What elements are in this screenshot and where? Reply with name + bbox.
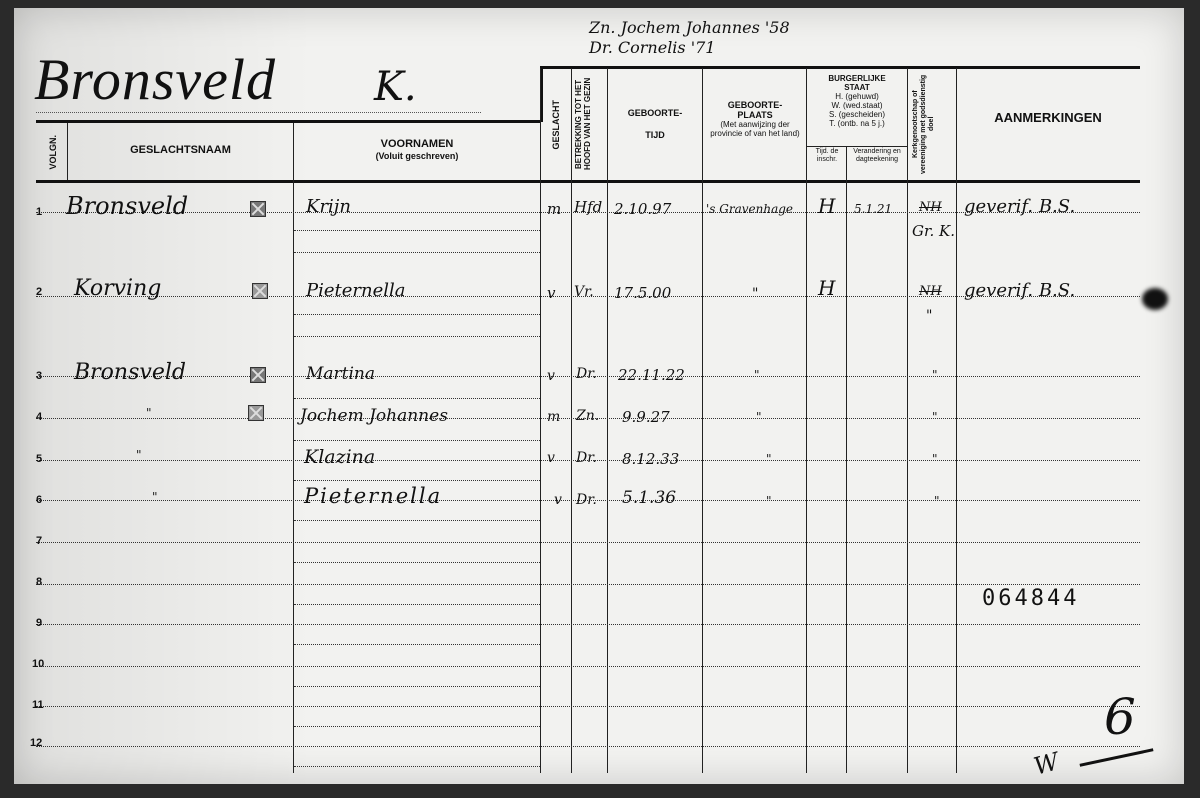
row-3-surname: Bronsveld (74, 360, 186, 385)
family-name-heading: Bronsveld (34, 46, 276, 113)
row-4-firstnames: Jochem Johannes (300, 406, 448, 426)
firstname-sub-rule (294, 766, 540, 767)
col-header-burgerlijke-staat: BURGERLIJKE STAAT H. (gehuwd) W. (wed.st… (807, 74, 907, 128)
col-header-betrekking: BETREKKING TOT HET HOOFD VAN HET GEZIN (572, 70, 606, 178)
row-1-church: NH (919, 200, 942, 215)
col-header-bs-tijd: Tijd. de inschr. (808, 148, 846, 164)
firstname-sub-rule (294, 644, 540, 645)
row-2-remarks: geverif. B.S. (964, 280, 1075, 301)
col-header-geslacht: GESLACHT (542, 72, 570, 177)
col-rule-church (956, 68, 957, 773)
archive-number-stamp: 064844 (982, 586, 1079, 611)
col-rule-relation (607, 68, 608, 773)
row-3-birthdate: 22.11.22 (618, 366, 685, 384)
row-3-birthplace: " (754, 368, 760, 382)
row-rule (36, 746, 1140, 747)
col-rule-birthplace (806, 68, 807, 773)
row-3-relation: Dr. (576, 366, 597, 382)
row-1-sex: m (547, 200, 561, 218)
row-1-status-date: 5.1.21 (854, 202, 892, 216)
firstname-sub-rule (294, 440, 540, 441)
checkbox-stamp-icon (250, 201, 266, 217)
row-number: 5 (36, 453, 42, 465)
row-2-relation: Vr. (574, 284, 594, 300)
row-1-remarks: geverif. B.S. (964, 196, 1075, 217)
row-number: 6 (36, 494, 42, 506)
row-rule (36, 666, 1140, 667)
row-5-birthdate: 8.12.33 (622, 450, 679, 468)
firstname-sub-rule (294, 562, 540, 563)
ink-blot (1142, 288, 1168, 310)
row-number: 2 (36, 286, 42, 298)
row-2-civil-status: H (818, 276, 835, 300)
row-3-firstnames: Martina (306, 364, 375, 384)
header-bottom-rule (36, 180, 1140, 183)
row-1-birthdate: 2.10.97 (614, 200, 671, 218)
checkbox-stamp-icon (252, 283, 268, 299)
bs-sub-rule (807, 146, 907, 147)
firstname-sub-rule (294, 314, 540, 315)
col-header-aanmerkingen: AANMERKINGEN (958, 110, 1138, 125)
row-2-birthplace: " (752, 286, 758, 302)
firstname-sub-rule (294, 398, 540, 399)
header-top-rule-left (36, 120, 541, 123)
row-4-sex: m (547, 409, 560, 425)
row-5-church: " (932, 452, 938, 466)
heading-underline (36, 112, 481, 113)
row-5-sex: v (547, 450, 555, 466)
row-1-surname: Bronsveld (66, 192, 188, 220)
row-4-birthdate: 9.9.27 (622, 408, 670, 426)
firstname-sub-rule (294, 520, 540, 521)
firstname-sub-rule (294, 726, 540, 727)
row-rule (36, 624, 1140, 625)
row-4-relation: Zn. (576, 408, 599, 424)
firstname-sub-rule (294, 230, 540, 231)
persoonskaart-card: Bronsveld K. Zn. Jochem Johannes '58 Dr.… (14, 8, 1184, 784)
firstname-sub-rule (294, 336, 540, 337)
row-6-church: " (934, 494, 940, 508)
row-4-church: " (932, 410, 938, 424)
row-2-sex: v (547, 284, 555, 302)
row-3-church: " (932, 368, 938, 382)
row-2-church: NH (919, 284, 942, 299)
col-header-kerkgenootschap: Kerkgenootschap of vereeniging met godsd… (908, 70, 956, 178)
checkbox-stamp-icon (250, 367, 266, 383)
row-number: 9 (36, 617, 42, 629)
col-header-voornamen: VOORNAMEN (Voluit geschreven) (294, 138, 540, 162)
row-2-firstnames: Pieternella (306, 280, 406, 301)
side-note-line-1: Zn. Jochem Johannes '58 (589, 18, 790, 38)
side-note-line-2: Dr. Cornelis '71 (589, 38, 790, 58)
row-number: 8 (36, 576, 42, 588)
initials-mark: W (1031, 747, 1062, 780)
row-6-relation: Dr. (576, 492, 597, 508)
row-number: 11 (32, 699, 44, 711)
row-2-surname: Korving (74, 276, 161, 301)
col-header-geboortetijd: GEBOORTE- TIJD (608, 108, 702, 140)
row-6-sex: v (554, 492, 562, 508)
row-1-civil-status: H (818, 194, 835, 218)
row-1-birthplace: 's Gravenhage (706, 202, 793, 216)
row-2-birthdate: 17.5.00 (614, 284, 671, 302)
row-4-birthplace: " (756, 410, 762, 424)
col-rule-firstnames (540, 68, 541, 773)
row-number: 3 (36, 370, 42, 382)
checkbox-stamp-icon (248, 405, 264, 421)
page-number: 6 (1104, 688, 1136, 746)
row-2-extra-note: " (926, 308, 932, 324)
side-note: Zn. Jochem Johannes '58 Dr. Cornelis '71 (589, 18, 790, 58)
row-number: 12 (30, 737, 42, 749)
firstname-sub-rule (294, 604, 540, 605)
col-header-bs-verandering: Verandering en dagteekening (848, 148, 906, 164)
row-6-birthdate: 5.1.36 (622, 488, 676, 508)
col-header-volgn: VOLGN. (40, 126, 66, 178)
row-1-relation: Hfd (574, 198, 602, 216)
firstname-sub-rule (294, 252, 540, 253)
col-header-geslachtsnaam: GESLACHTSNAAM (68, 144, 293, 156)
row-6-surname: " (152, 490, 158, 504)
row-number: 4 (36, 411, 42, 423)
row-number: 10 (32, 658, 44, 670)
row-rule (36, 706, 1140, 707)
row-3-sex: v (547, 368, 555, 384)
row-rule (36, 584, 1140, 585)
row-number: 1 (36, 206, 42, 218)
row-6-birthplace: " (766, 494, 772, 508)
row-4-surname: " (146, 406, 152, 420)
row-number: 7 (36, 535, 42, 547)
col-rule-surname (293, 123, 294, 773)
header-top-rule-right (540, 66, 1140, 69)
row-6-firstnames: Pieternella (304, 484, 442, 508)
row-5-surname: " (136, 448, 142, 462)
row-1-firstnames: Krijn (306, 196, 351, 217)
col-rule-birthdate (702, 68, 703, 773)
row-5-firstnames: Klazina (304, 446, 375, 468)
firstname-sub-rule (294, 686, 540, 687)
row-5-birthplace: " (766, 452, 772, 466)
col-header-geboorteplaats: GEBOORTE- PLAATS (Met aanwijzing der pro… (704, 100, 806, 138)
head-initial: K. (374, 64, 417, 110)
pen-stroke (1080, 748, 1154, 767)
firstname-sub-rule (294, 480, 540, 481)
row-5-relation: Dr. (576, 450, 597, 466)
row-1-extra-note: Gr. K. (912, 222, 955, 240)
row-rule (36, 542, 1140, 543)
